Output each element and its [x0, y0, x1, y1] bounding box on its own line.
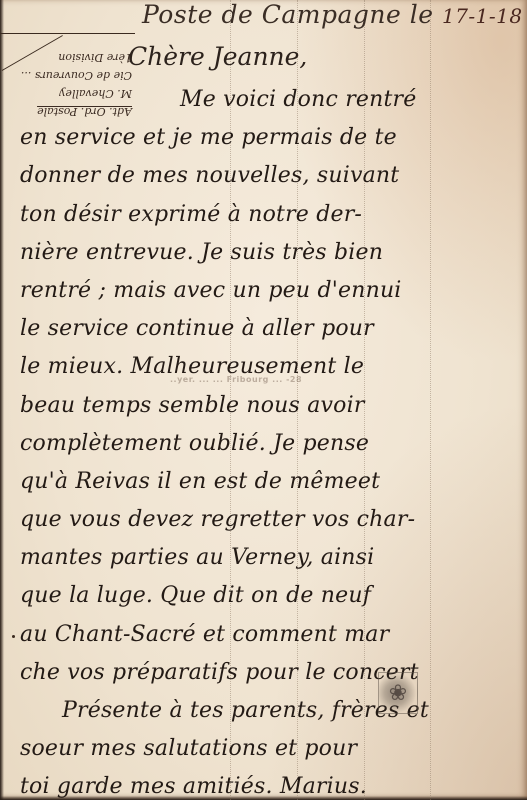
- header-date: 17-1-18: [442, 4, 523, 28]
- body-line: Me voici donc rentré: [0, 81, 527, 119]
- body-line: au Chant-Sacré et comment mar: [0, 616, 527, 654]
- header-place: Poste de Campagne le: [142, 0, 434, 29]
- body-line: mantes parties au Verney, ainsi: [0, 539, 527, 577]
- body-line: qu'à Reivas il en est de mêmeet: [0, 463, 527, 501]
- postcard: Adt. Ord. Postale M. Chevalley Cie de Co…: [0, 0, 527, 800]
- body-line: que la luge. Que dit on de neuf: [0, 577, 527, 615]
- postal-stamp-icon: ❀: [378, 672, 418, 714]
- letter-header: Poste de Campagne le 17-1-18: [142, 0, 523, 29]
- body-line: che vos préparatifs pour le concert: [0, 654, 527, 692]
- ink-dot: [12, 635, 15, 638]
- body-line: le service continue à aller pour: [0, 310, 527, 348]
- body-line: en service et je me permais de te: [0, 119, 527, 157]
- body-line: rentré ; mais avec un peu d'ennui: [0, 272, 527, 310]
- body-line: que vous devez regretter vos char-: [0, 501, 527, 539]
- body-line: donner de mes nouvelles, suivant: [0, 157, 527, 195]
- body-line: complètement oublié. Je pense: [0, 425, 527, 463]
- watermark-text: ..yer. ... ... Fribourg ... -28: [170, 375, 302, 384]
- body-line: toi garde mes amitiés. Marius.: [0, 768, 527, 800]
- letter-body: Me voici donc rentré en service et je me…: [0, 81, 527, 800]
- body-line: Présente à tes parents, frères et: [0, 692, 527, 730]
- greeting: Chère Jeanne,: [128, 42, 307, 71]
- body-line: nière entrevue. Je suis très bien: [0, 234, 527, 272]
- body-line: soeur mes salutations et pour: [0, 730, 527, 768]
- body-line: beau temps semble nous avoir: [0, 387, 527, 425]
- body-line: ton désir exprimé à notre der-: [0, 196, 527, 234]
